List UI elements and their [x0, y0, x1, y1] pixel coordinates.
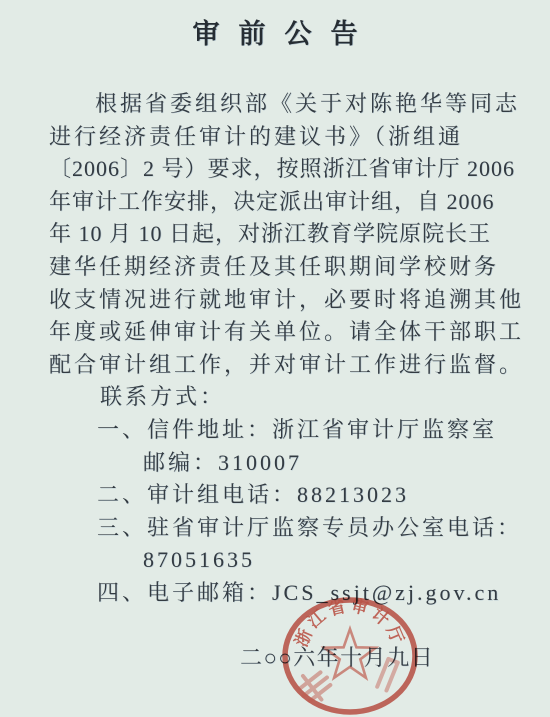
contact-item-supervisor-phone-number: 87051635 — [49, 544, 524, 577]
body-line: 根据省委组织部《关于对陈艳华等同志 — [49, 88, 524, 121]
contact-item-audit-phone: 二、审计组电话：88213023 — [49, 479, 524, 512]
body-line: 年 10 月 10 日起，对浙江教育学院原院长王 — [49, 218, 524, 251]
body-line: 配合审计组工作，并对审计工作进行监督。 — [49, 349, 524, 382]
contact-heading: 联系方式： — [49, 381, 524, 414]
contact-item-address: 一、信件地址：浙江省审计厅监察室 — [49, 414, 524, 447]
document-page: 审前公告 根据省委组织部《关于对陈艳华等同志 进行经济责任审计的建议书》（浙组通… — [0, 0, 550, 717]
seal-arc-text: 浙江省审计厅 — [291, 596, 409, 650]
body-line: 建华任期经济责任及其任职期间学校财务 — [49, 251, 524, 284]
official-seal: 浙江省审计厅 — [280, 596, 420, 717]
body-line: 年度或延伸审计有关单位。请全体干部职工 — [49, 316, 524, 349]
page-title: 审前公告 — [0, 12, 550, 51]
contact-item-postcode: 邮编：310007 — [49, 447, 524, 480]
body-line: 年审计工作安排，决定派出审计组，自 2006 — [49, 186, 524, 219]
contact-item-supervisor-phone-label: 三、驻省审计厅监察专员办公室电话： — [49, 512, 524, 545]
body-line: 〔2006〕2 号）要求，按照浙江省审计厅 2006 — [49, 153, 524, 186]
seal-smudge-right — [375, 656, 401, 693]
star-icon — [324, 629, 375, 678]
body-text: 根据省委组织部《关于对陈艳华等同志 进行经济责任审计的建议书》（浙组通 〔200… — [49, 88, 524, 610]
body-line: 收支情况进行就地审计，必要时将追溯其他 — [49, 284, 524, 317]
body-line: 进行经济责任审计的建议书》（浙组通 — [49, 121, 524, 154]
